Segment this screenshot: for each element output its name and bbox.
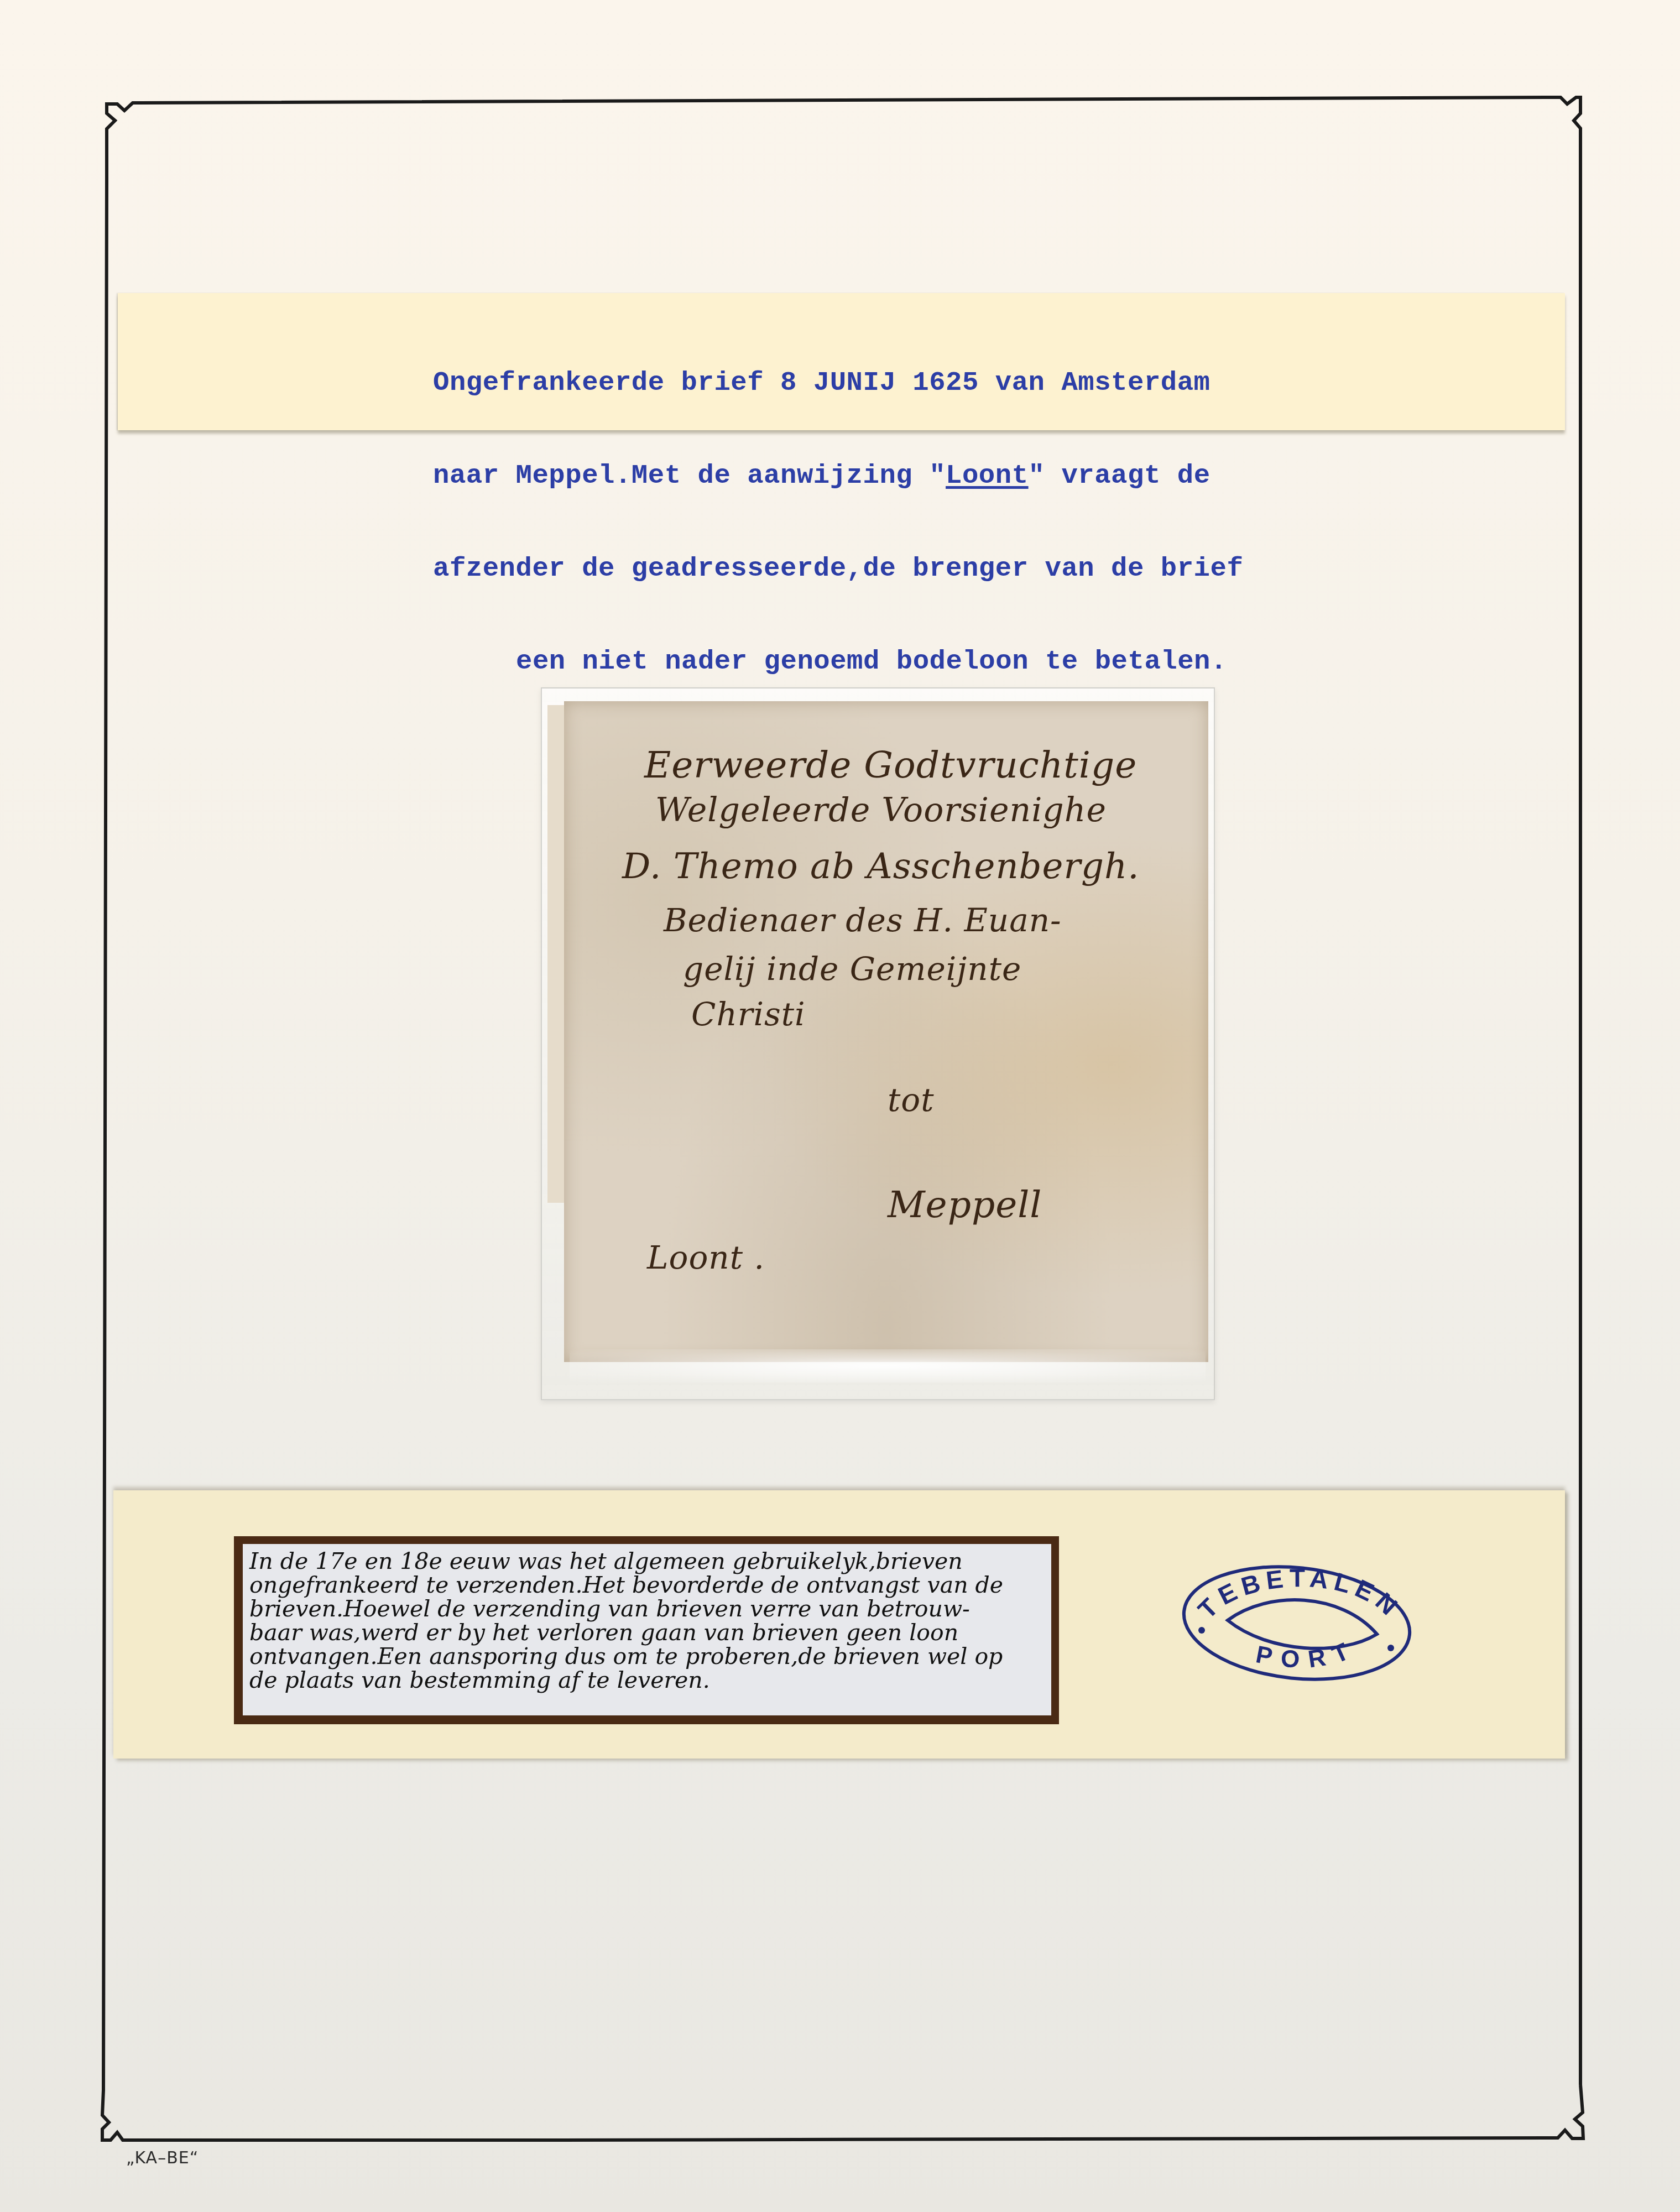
caption-strip-bottom: In de 17e en 18e eeuw was het algemeen g… bbox=[113, 1490, 1565, 1759]
svg-text:TEBETALEN: TEBETALEN bbox=[1192, 1563, 1407, 1624]
caption-typewritten-text: Ongefrankeerde brief 8 JUNIJ 1625 van Am… bbox=[433, 305, 1262, 739]
highlight-word-loont: Loont bbox=[946, 460, 1029, 491]
stamp-bottom-text: PORT bbox=[1254, 1634, 1362, 1673]
caption-line-3: afzender de geadresseerde,de brenger van… bbox=[433, 553, 1262, 584]
caption-strip-top: Ongefrankeerde brief 8 JUNIJ 1625 van Am… bbox=[118, 293, 1565, 430]
address-line-6: Christi bbox=[691, 995, 806, 1033]
destination-prefix: tot bbox=[888, 1081, 935, 1119]
publisher-mark: „KA–BE“ bbox=[126, 2148, 199, 2168]
caption-line-1: Ongefrankeerde brief 8 JUNIJ 1625 van Am… bbox=[433, 367, 1262, 398]
address-line-5: gelij inde Gemeijnte bbox=[683, 950, 1021, 988]
address-line-4: Bedienaer des H. Euan- bbox=[664, 901, 1062, 939]
explanation-textbox: In de 17e en 18e eeuw was het algemeen g… bbox=[234, 1536, 1059, 1724]
explanation-text: In de 17e en 18e eeuw was het algemeen g… bbox=[243, 1544, 1051, 1715]
address-line-2: Welgeleerde Voorsienighe bbox=[655, 791, 1107, 830]
caption-line-2: naar Meppel.Met de aanwijzing "Loont" vr… bbox=[433, 460, 1262, 491]
address-line-1: Eerweerde Godtvruchtige bbox=[644, 744, 1137, 786]
address-line-3: D. Themo ab Asschenbergh. bbox=[622, 846, 1140, 887]
te-betalen-port-stamp-icon: TEBETALEN PORT bbox=[1175, 1559, 1418, 1687]
svg-text:PORT: PORT bbox=[1254, 1634, 1362, 1673]
stamp-top-text: TEBETALEN bbox=[1192, 1563, 1407, 1624]
caption-line-4: een niet nader genoemd bodeloon te betal… bbox=[433, 646, 1262, 677]
destination-town: Meppell bbox=[888, 1183, 1042, 1226]
sleeve-glare bbox=[570, 1349, 1206, 1383]
loont-instruction: Loont . bbox=[647, 1239, 765, 1276]
